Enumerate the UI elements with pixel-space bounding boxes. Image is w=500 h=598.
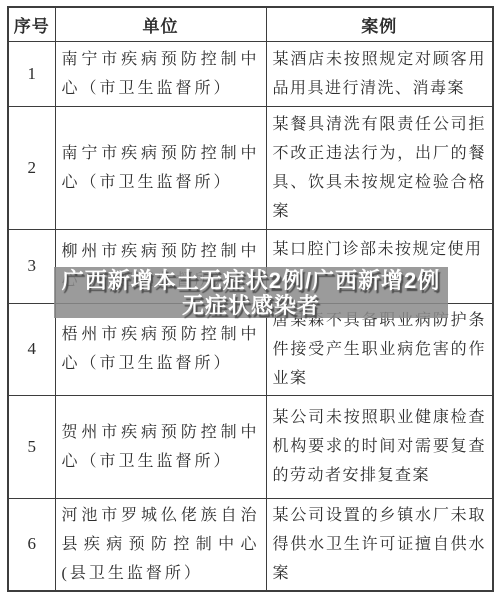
table-header-row: 序号 单位 案例 [8, 7, 493, 41]
page: 序号 单位 案例 1 南宁市疾病预防控制中心（市卫生监督所） 某酒店未按照规定对… [0, 0, 500, 598]
seq-cell: 5 [8, 395, 55, 498]
table-row: 5 贺州市疾病预防控制中心（市卫生监督所） 某公司未按照职业健康检查机构要求的时… [8, 395, 493, 498]
watermark-overlay: 广西新增本土无症状2例/广西新增2例 无症状感染者 [54, 267, 448, 318]
seq-cell: 3 [8, 229, 55, 303]
watermark-line-2: 无症状感染者 [182, 293, 320, 318]
column-header-case: 案例 [266, 7, 493, 41]
seq-cell: 1 [8, 41, 55, 106]
watermark-line-1: 广西新增本土无症状2例/广西新增2例 [62, 268, 441, 293]
case-cell: 某酒店未按照规定对顾客用品用具进行清洗、消毒案 [266, 41, 493, 106]
seq-cell: 6 [8, 498, 55, 591]
unit-cell: 贺州市疾病预防控制中心（市卫生监督所） [55, 395, 266, 498]
unit-cell: 南宁市疾病预防控制中心（市卫生监督所） [55, 106, 266, 229]
unit-cell: 南宁市疾病预防控制中心（市卫生监督所） [55, 41, 266, 106]
table-row: 2 南宁市疾病预防控制中心（市卫生监督所） 某餐具清洗有限责任公司拒不改正违法行… [8, 106, 493, 229]
case-cell: 某餐具清洗有限责任公司拒不改正违法行为，出厂的餐具、饮具未按规定检验合格案 [266, 106, 493, 229]
unit-cell: 河池市罗城仫佬族自治县疾病预防控制中心(县卫生监督所） [55, 498, 266, 591]
table-row: 1 南宁市疾病预防控制中心（市卫生监督所） 某酒店未按照规定对顾客用品用具进行清… [8, 41, 493, 106]
column-header-unit: 单位 [55, 7, 266, 41]
case-cell: 某公司未按照职业健康检查机构要求的时间对需要复查的劳动者安排复查案 [266, 395, 493, 498]
column-header-seq: 序号 [8, 7, 55, 41]
seq-cell: 4 [8, 303, 55, 395]
case-cell: 某公司设置的乡镇水厂未取得供水卫生许可证擅自供水案 [266, 498, 493, 591]
table-row: 6 河池市罗城仫佬族自治县疾病预防控制中心(县卫生监督所） 某公司设置的乡镇水厂… [8, 498, 493, 591]
seq-cell: 2 [8, 106, 55, 229]
